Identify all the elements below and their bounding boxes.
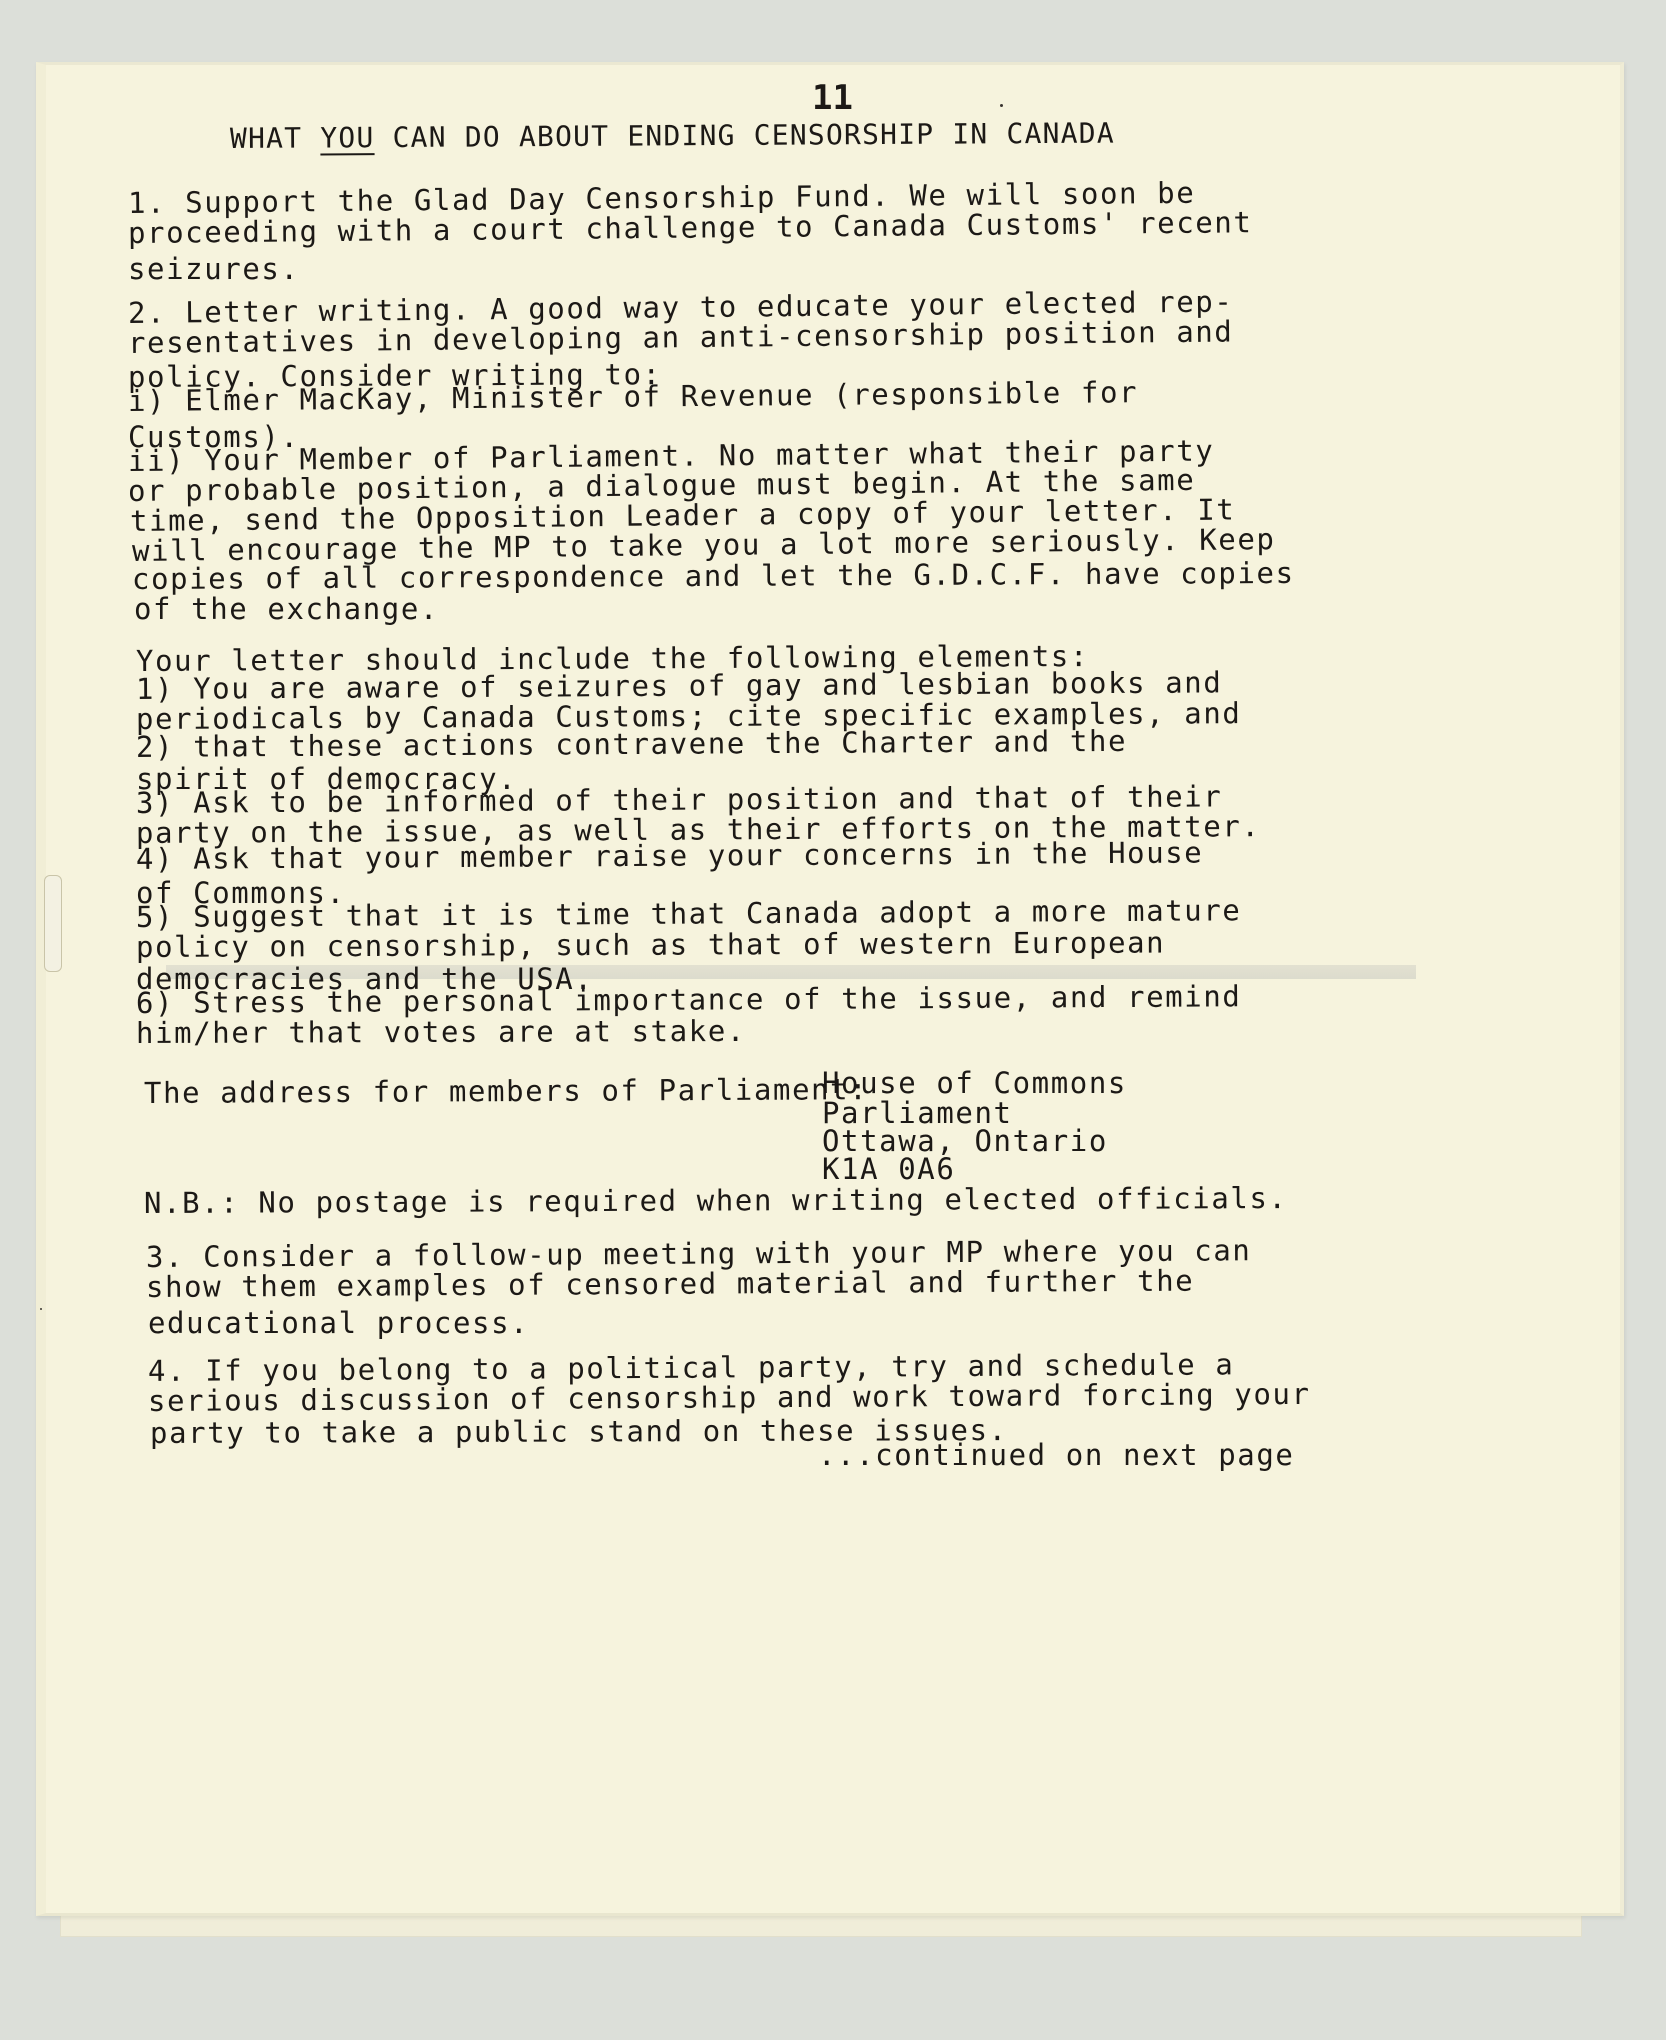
item3-line: show them examples of censored material …	[146, 1264, 1194, 1304]
title-part-2: CAN DO ABOUT ENDING CENSORSHIP IN CANADA	[374, 117, 1115, 155]
staple-binding	[44, 875, 62, 972]
title-part-1: WHAT	[230, 121, 320, 155]
continued-note: ...continued on next page	[818, 1438, 1295, 1472]
item4-line: serious discussion of censorship and wor…	[148, 1377, 1311, 1418]
address-line: K1A 0A6	[822, 1152, 955, 1186]
page-number: 11	[812, 78, 853, 118]
page-title: WHAT YOU CAN DO ABOUT ENDING CENSORSHIP …	[230, 117, 1115, 155]
title-emphasis: YOU	[320, 121, 374, 154]
letter-element-line: policy on censorship, such as that of we…	[136, 926, 1165, 964]
item2-line: of the exchange.	[134, 592, 439, 626]
letter-element-line: 4) Ask that your member raise your conce…	[136, 835, 1204, 876]
paper-speck	[40, 1308, 42, 1310]
item1-line: seizures.	[128, 252, 300, 286]
letter-element-line: 2) that these actions contravene the Cha…	[136, 724, 1127, 764]
paper-speck	[1000, 104, 1003, 107]
address-line: House of Commons	[822, 1066, 1127, 1100]
address-label: The address for members of Parliament:	[144, 1072, 868, 1110]
nb-note: N.B.: No postage is required when writin…	[144, 1181, 1288, 1220]
item2-line: copies of all correspondence and let the…	[132, 556, 1295, 596]
item3-line: educational process.	[148, 1306, 529, 1340]
letter-element-line: him/her that votes are at stake.	[136, 1014, 746, 1050]
